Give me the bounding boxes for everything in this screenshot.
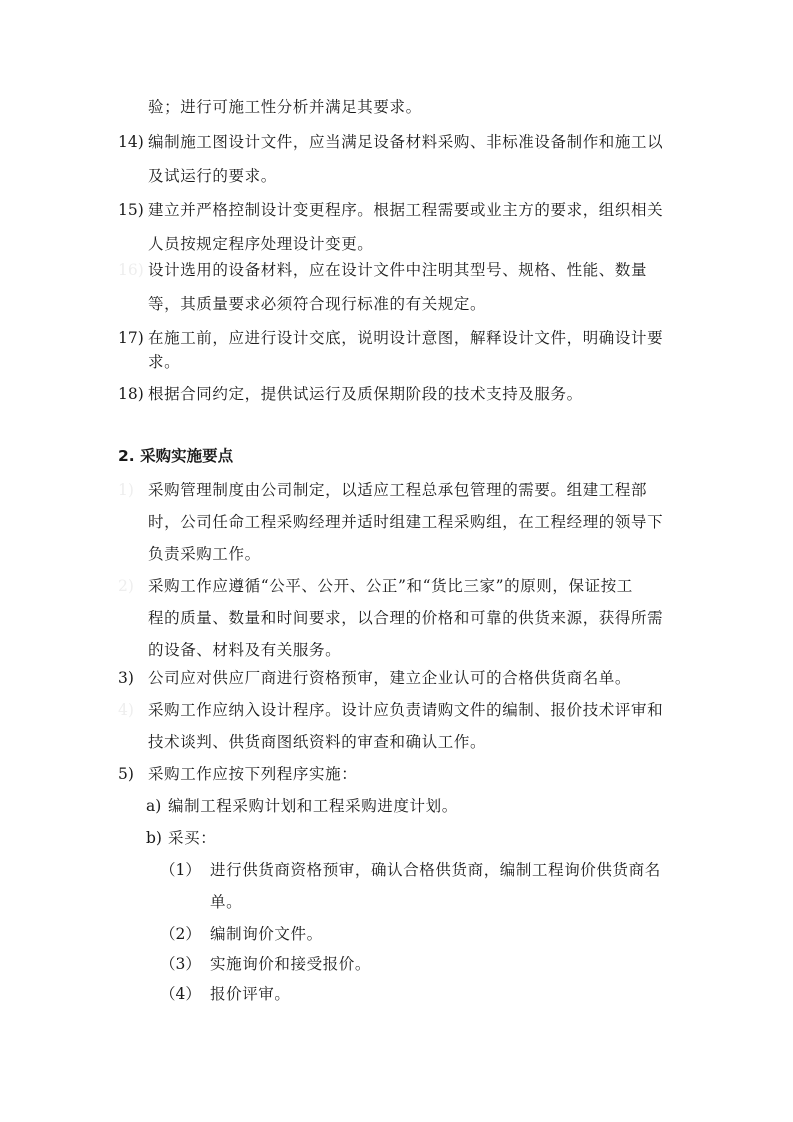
- item-text: 等，其质量要求必须符合现行标准的有关规定。: [148, 294, 486, 314]
- item-text: 人员按规定程序处理设计变更。: [148, 234, 373, 254]
- sub-item-text: 采买：: [168, 828, 216, 848]
- item-text: 及试运行的要求。: [148, 166, 277, 186]
- item-text: 采购工作应遵循“公平、公开、公正”和“货比三家”的原则，保证按工: [148, 576, 633, 596]
- item-number: 2): [118, 576, 134, 596]
- step-text: 实施询价和接受报价。: [210, 954, 371, 974]
- item-number: 14): [118, 132, 144, 152]
- item-text: 求。: [148, 352, 180, 372]
- item-text: 根据合同约定，提供试运行及质保期阶段的技术支持及服务。: [148, 384, 583, 404]
- step-text: 进行供货商资格预审，确认合格供货商，编制工程询价供货商名: [210, 860, 661, 880]
- item-number: 1): [118, 480, 134, 500]
- sub-item-label: a): [146, 796, 161, 816]
- item-text: 编制施工图设计文件，应当满足设备材料采购、非标准设备制作和施工以: [148, 132, 663, 152]
- item-number: 17): [118, 328, 144, 348]
- item-text: 建立并严格控制设计变更程序。根据工程需要或业主方的要求，组织相关: [148, 200, 663, 220]
- sub-item-label: b): [146, 828, 162, 848]
- step-number: （3）: [160, 954, 201, 974]
- item-number: 16): [118, 260, 144, 280]
- item-text: 设计选用的设备材料，应在设计文件中注明其型号、规格、性能、数量: [148, 260, 647, 280]
- item-text: 采购管理制度由公司制定，以适应工程总承包管理的需要。组建工程部: [148, 480, 647, 500]
- item-number: 4): [118, 700, 134, 720]
- document-page: 验；进行可施工性分析并满足其要求。 14) 编制施工图设计文件，应当满足设备材料…: [0, 0, 793, 1122]
- step-text: 单。: [210, 892, 242, 912]
- item-text: 程的质量、数量和时间要求，以合理的价格和可靠的供货来源，获得所需: [148, 608, 663, 628]
- continuation-text: 验；进行可施工性分析并满足其要求。: [148, 97, 422, 117]
- item-number: 18): [118, 384, 144, 404]
- sub-item-text: 编制工程采购计划和工程采购进度计划。: [168, 796, 458, 816]
- item-text: 的设备、材料及有关服务。: [148, 640, 341, 660]
- item-text: 采购工作应按下列程序实施：: [148, 764, 357, 784]
- step-text: 编制询价文件。: [210, 924, 323, 944]
- item-text: 在施工前，应进行设计交底，说明设计意图，解释设计文件，明确设计要: [148, 328, 663, 348]
- item-text: 采购工作应纳入设计程序。设计应负责请购文件的编制、报价技术评审和: [148, 700, 663, 720]
- item-number: 15): [118, 200, 144, 220]
- item-text: 技术谈判、供货商图纸资料的审查和确认工作。: [148, 732, 486, 752]
- item-number: 5): [118, 764, 134, 784]
- item-text: 公司应对供应厂商进行资格预审，建立企业认可的合格供货商名单。: [148, 668, 631, 688]
- step-number: （4）: [160, 984, 201, 1004]
- step-number: （1）: [160, 860, 201, 880]
- step-number: （2）: [160, 924, 201, 944]
- item-text: 负责采购工作。: [148, 544, 261, 564]
- section-heading: 2. 采购实施要点: [118, 446, 233, 466]
- item-text: 时，公司任命工程采购经理并适时组建工程采购组，在工程经理的领导下: [148, 512, 663, 532]
- step-text: 报价评审。: [210, 984, 291, 1004]
- item-number: 3): [118, 668, 134, 688]
